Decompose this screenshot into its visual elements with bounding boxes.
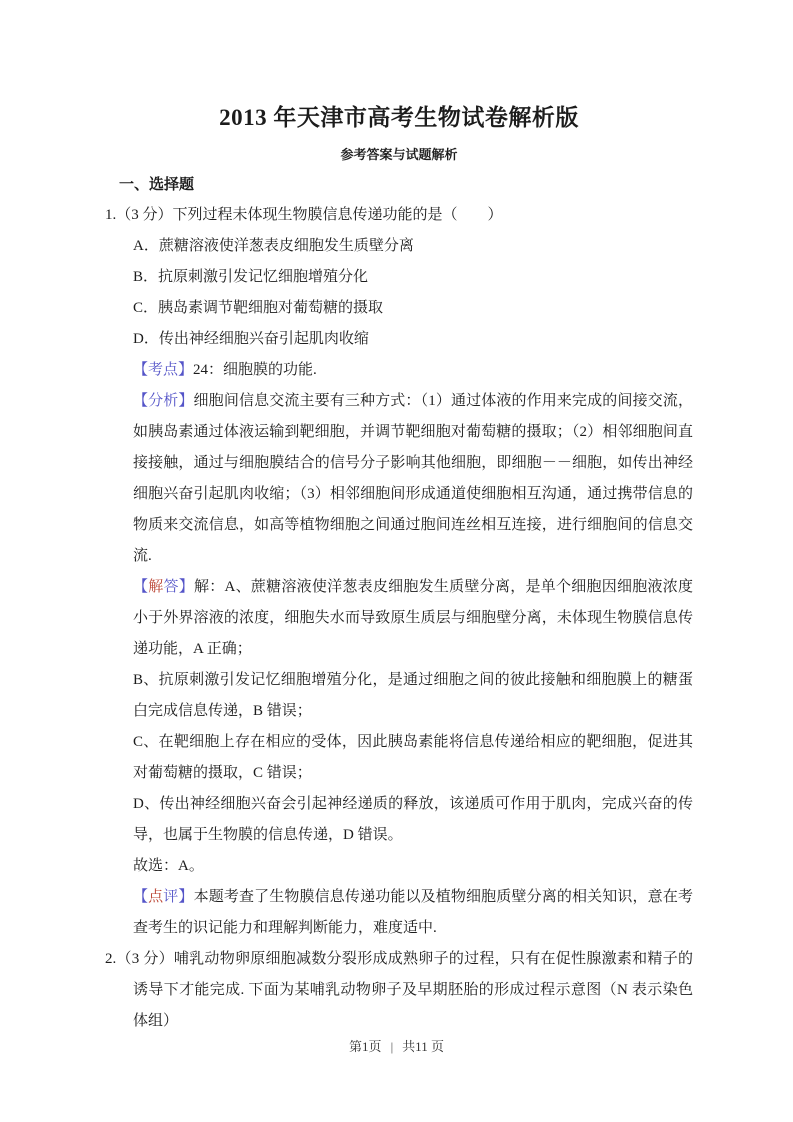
document-page: 2013 年天津市高考生物试卷解析版 参考答案与试题解析 一、选择题 1.（3 …: [0, 0, 793, 1122]
question-1-number: 1.: [105, 207, 116, 223]
question-2-stem-text: （3 分）哺乳动物卵原细胞减数分裂形成成熟卵子的过程，只有在促性腺激素和精子的诱…: [116, 951, 693, 1029]
question-1-option-a: A．蔗糖溶液使洋葱表皮细胞发生质壁分离: [105, 231, 693, 262]
jieda-label-rest: 答】: [164, 579, 195, 595]
jieda-paragraph-c: C、在靶细胞上存在相应的受体，因此胰岛素能将信息传递给相应的靶细胞，促进其对葡萄…: [105, 727, 693, 789]
footer-page-number: 第1页: [349, 1039, 382, 1054]
dianping-bracket-open: 【: [133, 889, 148, 905]
page-subtitle: 参考答案与试题解析: [105, 148, 693, 162]
jieda-paragraph-a: 【解答】解：A、蔗糖溶液使洋葱表皮细胞发生质壁分离，是单个细胞因细胞液浓度小于外…: [105, 572, 693, 665]
dianping-label-red-char: 点: [148, 889, 163, 905]
question-1-option-b: B．抗原刺激引发记忆细胞增殖分化: [105, 262, 693, 293]
jieda-bracket-open: 【: [133, 579, 148, 595]
fenxi-text: 细胞间信息交流主要有三种方式：（1）通过体液的作用来完成的间接交流，如胰岛素通过…: [133, 393, 693, 564]
question-1-stem-text: （3 分）下列过程未体现生物膜信息传递功能的是（ ）: [116, 207, 502, 223]
jieda-conclusion: 故选：A。: [105, 851, 693, 882]
page-content: 2013 年天津市高考生物试卷解析版 参考答案与试题解析 一、选择题 1.（3 …: [105, 103, 693, 1037]
question-1-block: 1.（3 分）下列过程未体现生物膜信息传递功能的是（ ） A．蔗糖溶液使洋葱表皮…: [105, 200, 693, 1037]
question-1-option-c: C．胰岛素调节靶细胞对葡萄糖的摄取: [105, 293, 693, 324]
page-title: 2013 年天津市高考生物试卷解析版: [105, 103, 693, 132]
kaodian-paragraph: 【考点】24：细胞膜的功能.: [105, 355, 693, 386]
footer-separator: |: [391, 1039, 394, 1054]
question-1-stem: 1.（3 分）下列过程未体现生物膜信息传递功能的是（ ）: [105, 200, 693, 231]
fenxi-label: 【分析】: [133, 393, 194, 409]
dianping-text: 本题考查了生物膜信息传递功能以及植物细胞质壁分离的相关知识，意在考查考生的识记能…: [133, 889, 693, 936]
footer-page-total: 共11 页: [402, 1039, 444, 1054]
jieda-paragraph-b: B、抗原刺激引发记忆细胞增殖分化，是通过细胞之间的彼此接触和细胞膜上的糖蛋白完成…: [105, 665, 693, 727]
jieda-paragraph-d: D、传出神经细胞兴奋会引起神经递质的释放，该递质可作用于肌肉，完成兴奋的传导，也…: [105, 789, 693, 851]
kaodian-text: 24：细胞膜的功能.: [193, 362, 317, 378]
question-2-number: 2.: [105, 951, 116, 967]
section-heading: 一、选择题: [119, 177, 693, 193]
kaodian-label: 【考点】: [133, 362, 193, 378]
page-footer: 第1页|共11 页: [0, 1036, 793, 1055]
dianping-paragraph: 【点评】本题考查了生物膜信息传递功能以及植物细胞质壁分离的相关知识，意在考查考生…: [105, 882, 693, 944]
question-1-option-d: D．传出神经细胞兴奋引起肌肉收缩: [105, 324, 693, 355]
dianping-label-rest: 评】: [163, 889, 193, 905]
jieda-label-red-char: 解: [148, 579, 163, 595]
jieda-text-a: 解：A、蔗糖溶液使洋葱表皮细胞发生质壁分离，是单个细胞因细胞液浓度小于外界溶液的…: [133, 579, 693, 657]
fenxi-paragraph: 【分析】细胞间信息交流主要有三种方式：（1）通过体液的作用来完成的间接交流，如胰…: [105, 386, 693, 572]
question-2-stem: 2.（3 分）哺乳动物卵原细胞减数分裂形成成熟卵子的过程，只有在促性腺激素和精子…: [105, 944, 693, 1037]
